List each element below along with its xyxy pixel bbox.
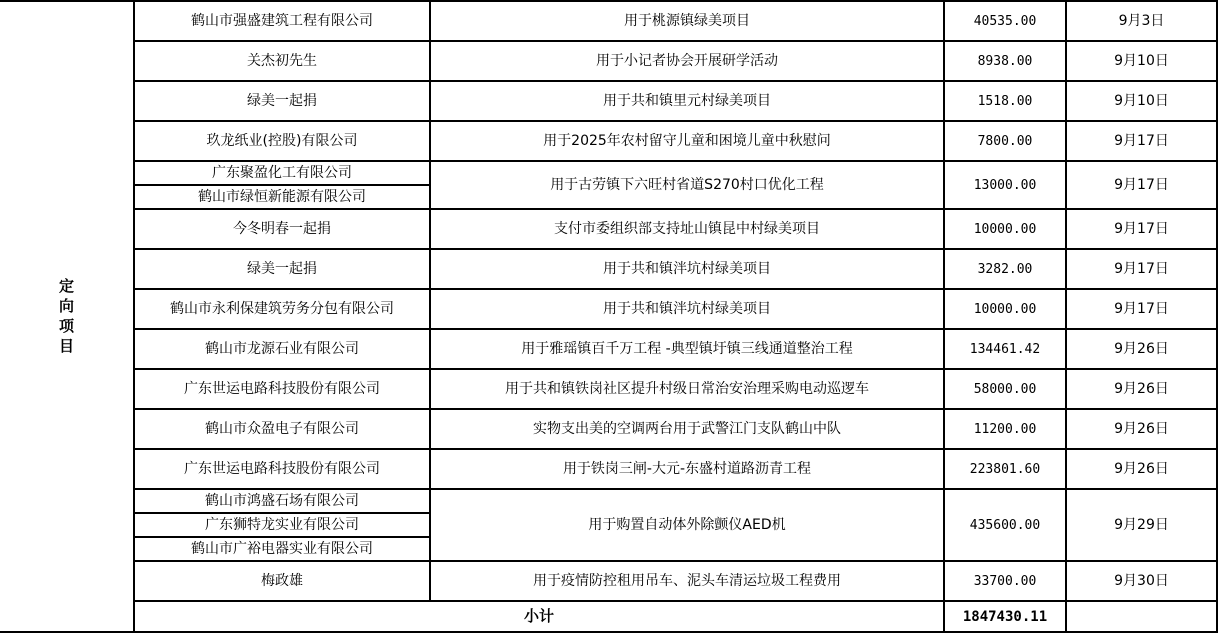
- donor-cell[interactable]: 鹤山市永利保建筑劳务分包有限公司: [135, 290, 431, 330]
- amount-cell[interactable]: 11200.00: [945, 410, 1067, 450]
- donor-cell[interactable]: 今冬明春一起捐: [135, 210, 431, 250]
- category-char-3: 项: [59, 316, 74, 336]
- purpose-cell[interactable]: 用于铁岗三闸-大元-东盛村道路沥青工程: [431, 450, 945, 490]
- donor-cell[interactable]: 关杰初先生: [135, 42, 431, 82]
- donor-cell[interactable]: 绿美一起捐: [135, 82, 431, 122]
- donor-cell[interactable]: 梅政雄: [135, 562, 431, 602]
- amount-cell[interactable]: 33700.00: [945, 562, 1067, 602]
- date-cell[interactable]: 9月10日: [1067, 82, 1218, 122]
- purpose-cell[interactable]: 用于共和镇泮坑村绿美项目: [431, 290, 945, 330]
- donor-group-cell: 广东聚盈化工有限公司 鹤山市绿恒新能源有限公司: [135, 162, 431, 210]
- donor-cell[interactable]: 广东聚盈化工有限公司: [135, 162, 429, 186]
- donor-cell[interactable]: 鹤山市广裕电器实业有限公司: [135, 538, 429, 560]
- purpose-cell[interactable]: 用于疫情防控租用吊车、泥头车清运垃圾工程费用: [431, 562, 945, 602]
- amount-cell[interactable]: 3282.00: [945, 250, 1067, 290]
- donor-cell[interactable]: 广东世运电路科技股份有限公司: [135, 370, 431, 410]
- donor-cell[interactable]: 广东狮特龙实业有限公司: [135, 514, 429, 538]
- date-cell[interactable]: 9月26日: [1067, 330, 1218, 370]
- purpose-cell[interactable]: 用于小记者协会开展研学活动: [431, 42, 945, 82]
- amount-cell[interactable]: 10000.00: [945, 290, 1067, 330]
- donor-cell[interactable]: 绿美一起捐: [135, 250, 431, 290]
- donor-group-cell: 鹤山市鸿盛石场有限公司 广东狮特龙实业有限公司 鹤山市广裕电器实业有限公司: [135, 490, 431, 562]
- category-cell[interactable]: 定 向 项 目: [0, 0, 135, 633]
- donor-cell[interactable]: 玖龙纸业(控股)有限公司: [135, 122, 431, 162]
- amount-cell[interactable]: 58000.00: [945, 370, 1067, 410]
- donor-cell[interactable]: 鹤山市鸿盛石场有限公司: [135, 490, 429, 514]
- date-cell[interactable]: 9月17日: [1067, 250, 1218, 290]
- donor-cell[interactable]: 鹤山市绿恒新能源有限公司: [135, 186, 429, 208]
- subtotal-date-cell[interactable]: [1067, 602, 1218, 633]
- category-char-1: 定: [59, 276, 74, 296]
- purpose-cell[interactable]: 实物支出美的空调两台用于武警江门支队鹤山中队: [431, 410, 945, 450]
- amount-cell[interactable]: 435600.00: [945, 490, 1067, 562]
- date-cell[interactable]: 9月29日: [1067, 490, 1218, 562]
- donor-cell[interactable]: 广东世运电路科技股份有限公司: [135, 450, 431, 490]
- amount-cell[interactable]: 7800.00: [945, 122, 1067, 162]
- subtotal-amount[interactable]: 1847430.11: [945, 602, 1067, 633]
- date-cell[interactable]: 9月17日: [1067, 210, 1218, 250]
- donor-cell[interactable]: 鹤山市强盛建筑工程有限公司: [135, 2, 431, 42]
- subtotal-label: 小计: [135, 602, 945, 633]
- amount-cell[interactable]: 134461.42: [945, 330, 1067, 370]
- amount-cell[interactable]: 223801.60: [945, 450, 1067, 490]
- amount-cell[interactable]: 40535.00: [945, 2, 1067, 42]
- date-cell[interactable]: 9月26日: [1067, 410, 1218, 450]
- purpose-cell[interactable]: 用于共和镇泮坑村绿美项目: [431, 250, 945, 290]
- date-cell[interactable]: 9月26日: [1067, 450, 1218, 490]
- amount-cell[interactable]: 13000.00: [945, 162, 1067, 210]
- purpose-cell[interactable]: 用于购置自动体外除颤仪AED机: [431, 490, 945, 562]
- purpose-cell[interactable]: 用于桃源镇绿美项目: [431, 2, 945, 42]
- amount-cell[interactable]: 8938.00: [945, 42, 1067, 82]
- purpose-cell[interactable]: 用于共和镇铁岗社区提升村级日常治安治理采购电动巡逻车: [431, 370, 945, 410]
- date-cell[interactable]: 9月26日: [1067, 370, 1218, 410]
- date-cell[interactable]: 9月17日: [1067, 122, 1218, 162]
- donor-cell[interactable]: 鹤山市众盈电子有限公司: [135, 410, 431, 450]
- date-cell[interactable]: 9月17日: [1067, 290, 1218, 330]
- purpose-cell[interactable]: 用于共和镇里元村绿美项目: [431, 82, 945, 122]
- date-cell[interactable]: 9月3日: [1067, 2, 1218, 42]
- purpose-cell[interactable]: 用于古劳镇下六旺村省道S270村口优化工程: [431, 162, 945, 210]
- amount-cell[interactable]: 10000.00: [945, 210, 1067, 250]
- category-char-2: 向: [59, 296, 74, 316]
- amount-cell[interactable]: 1518.00: [945, 82, 1067, 122]
- date-cell[interactable]: 9月17日: [1067, 162, 1218, 210]
- purpose-cell[interactable]: 支付市委组织部支持址山镇昆中村绿美项目: [431, 210, 945, 250]
- donation-table: 定 向 项 目 鹤山市强盛建筑工程有限公司 用于桃源镇绿美项目 40535.00…: [0, 0, 1218, 633]
- purpose-cell[interactable]: 用于雅瑶镇百千万工程 -典型镇圩镇三线通道整治工程: [431, 330, 945, 370]
- category-char-4: 目: [59, 336, 74, 356]
- donor-cell[interactable]: 鹤山市龙源石业有限公司: [135, 330, 431, 370]
- date-cell[interactable]: 9月10日: [1067, 42, 1218, 82]
- date-cell[interactable]: 9月30日: [1067, 562, 1218, 602]
- purpose-cell[interactable]: 用于2025年农村留守儿童和困境儿童中秋慰问: [431, 122, 945, 162]
